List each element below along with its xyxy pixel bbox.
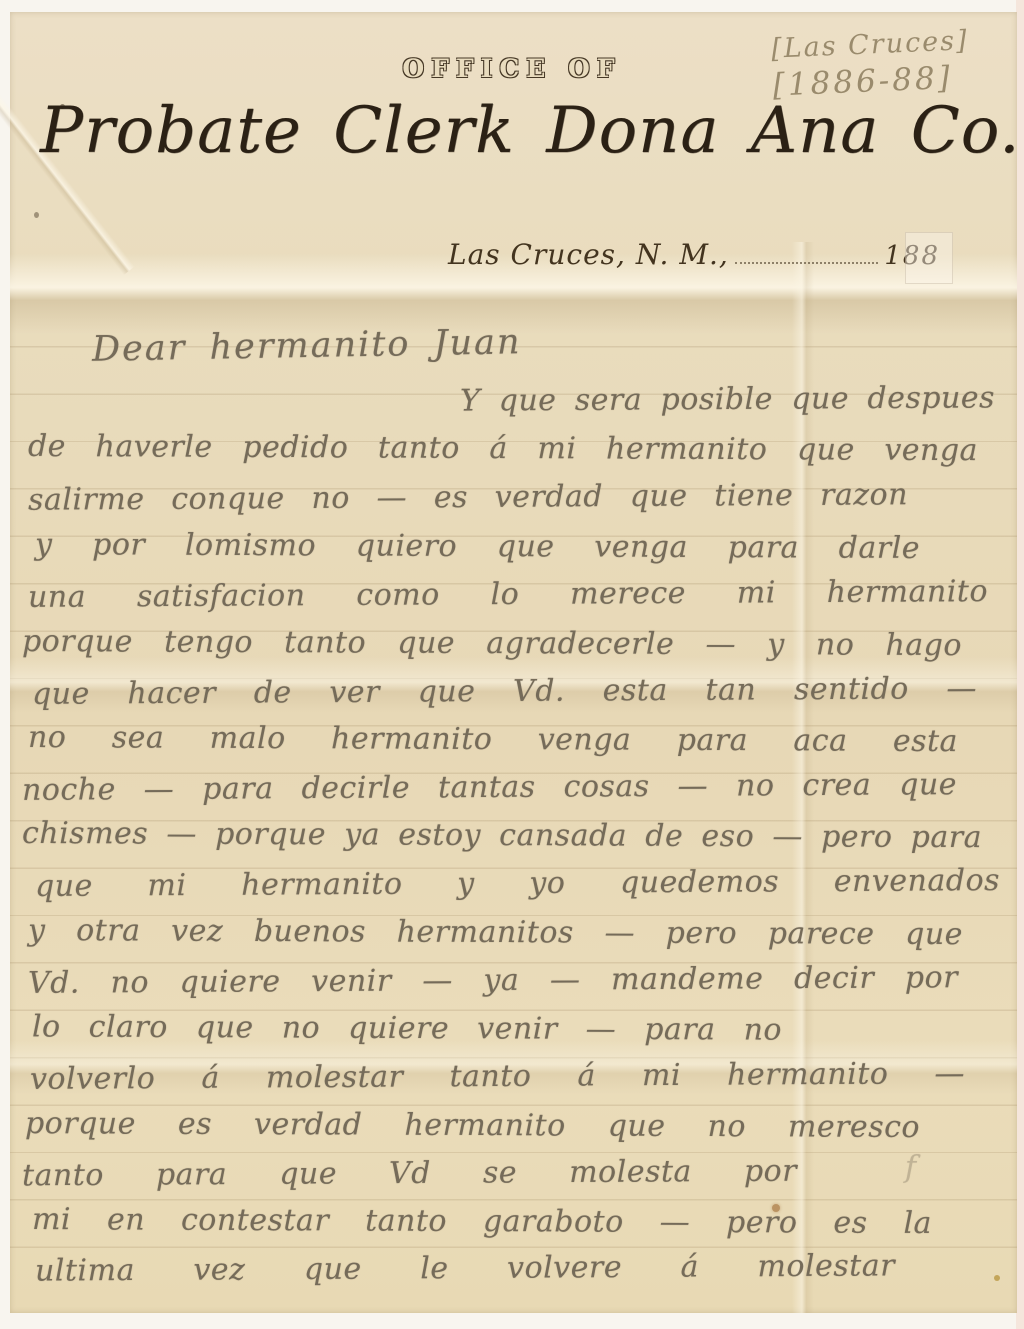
letter-line: volverlo á molestar tanto á mi hermanito… (30, 1057, 965, 1096)
letter-line: porque tengo tanto que agradecerle — y n… (22, 625, 962, 662)
letter-line: mi en contestar tanto garaboto — pero es… (32, 1203, 932, 1240)
salutation: Dear hermanito Juan (92, 322, 522, 369)
letter-line: que hacer de ver que Vd. esta tan sentid… (32, 672, 977, 711)
letter-line: Y que sera posible que despues (460, 381, 995, 417)
scan-background-edge (1016, 0, 1024, 1329)
letter-line: porque es verdad hermanito que no meresc… (25, 1107, 920, 1144)
dateline-place: Las Cruces, N. M., (448, 238, 729, 271)
letter-line: y otra vez buenos hermanitos — pero pare… (28, 914, 963, 951)
letter-line: ultima vez que le volvere á molestar (35, 1249, 895, 1287)
dateline-dotted-rule (735, 240, 879, 264)
letter-line: tanto para que Vd se molesta por (22, 1155, 797, 1193)
letter-line: noche — para decirle tantas cosas — no c… (22, 768, 957, 807)
erased-mark (905, 232, 953, 284)
letter-line: lo claro que no quiere venir — para no (32, 1010, 782, 1046)
paper-stain (994, 1275, 1000, 1281)
letter-line: salirme conque no — es verdad que tiene … (28, 478, 908, 516)
letter-line: y por lomismo quiero que venga para darl… (35, 528, 920, 565)
letter-line: no sea malo hermanito venga para aca est… (28, 721, 958, 758)
paper-speck (34, 212, 39, 218)
dateline: Las Cruces, N. M., 188 (448, 238, 940, 271)
letter-line: Vd. no quiere venir — ya — mandeme decir… (28, 961, 958, 1000)
letter-line: chismes — porque ya estoy cansada de eso… (22, 817, 982, 854)
letter-line: una satisfacion como lo merece mi herman… (28, 575, 988, 614)
faint-pencil-marks: f (905, 1150, 916, 1185)
office-of-heading: OFFICE OF (0, 54, 1024, 83)
letterhead-title: Probate Clerk Dona Ana Co. (40, 94, 984, 168)
letter-line: de haverle pedido tanto á mi hermanito q… (28, 430, 978, 467)
letter-line: que mi hermanito y yo quedemos envenados (35, 864, 1000, 903)
